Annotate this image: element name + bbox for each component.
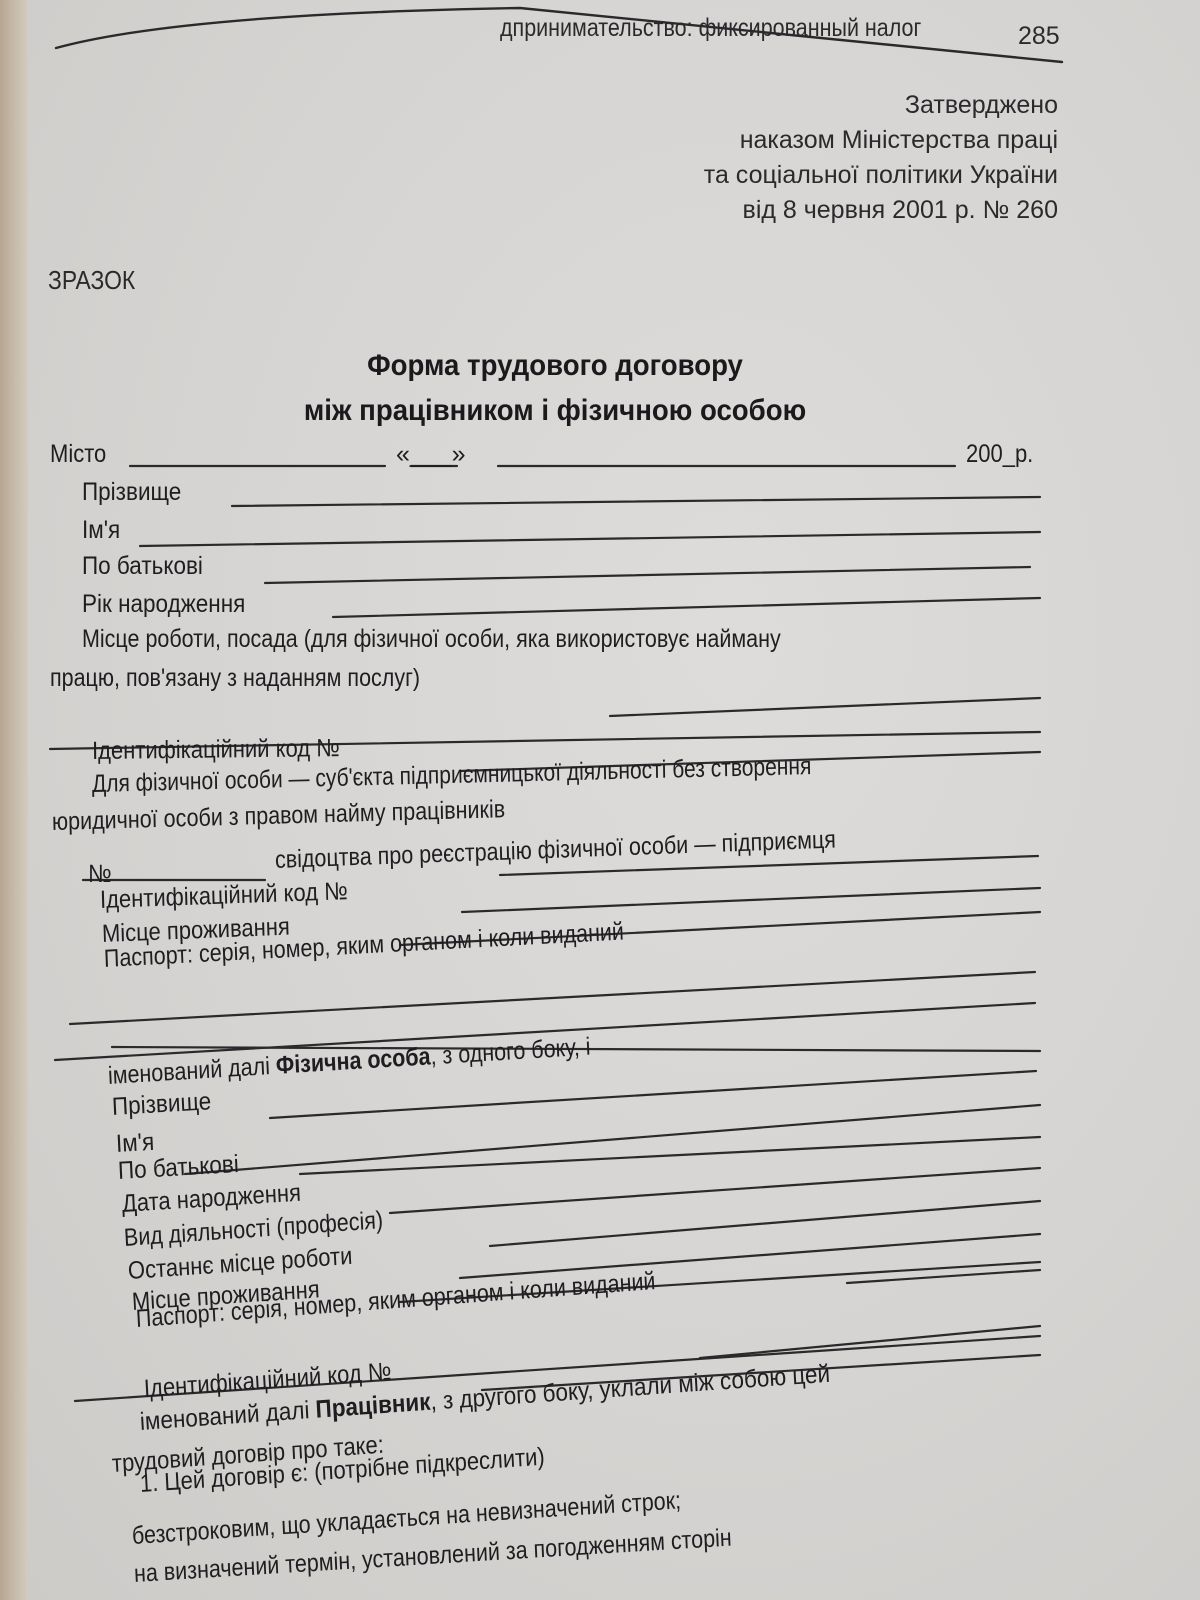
employer-name-label: Ім'я: [82, 516, 120, 545]
title-line-1: Форма трудового договору: [210, 343, 900, 388]
employer-patronymic-label: По батькові: [82, 552, 203, 581]
book-spine: [0, 0, 30, 1600]
employer-surname-label: Прізвище: [82, 478, 181, 507]
employer-birth-year-label: Рік народження: [82, 590, 245, 619]
document-title: Форма трудового договору між працівником…: [210, 343, 900, 433]
employer-workplace-label: Місце роботи, посада (для фізичної особи…: [82, 625, 781, 654]
title-line-2: між працівником і фізичною особою: [210, 388, 900, 433]
sample-label: ЗРАЗОК: [48, 265, 135, 296]
employee-surname-label: Прізвище: [111, 1087, 212, 1122]
city-label: Місто: [50, 440, 106, 469]
approval-line: від 8 червня 2001 р. № 260: [558, 193, 1058, 228]
approval-line: та соціальної політики України: [558, 158, 1058, 193]
approval-line: Затверджено: [558, 88, 1058, 123]
page-number: 285: [1018, 22, 1060, 51]
approval-line: наказом Міністерства праці: [558, 123, 1058, 158]
day-quote: «___»: [396, 440, 466, 469]
certificate-no-label: №: [88, 860, 112, 889]
book-page: [28, 0, 1200, 1600]
employer-workplace-label-cont: працю, пов'язану з наданням послуг): [50, 664, 420, 693]
employer-id-code-label: Ідентифікаційний код №: [92, 734, 340, 766]
approval-block: Затверджено наказом Міністерства праці т…: [558, 88, 1058, 228]
year-label: 200_р.: [966, 440, 1033, 469]
running-header: дпринимательство: фиксированный налог: [500, 14, 921, 43]
